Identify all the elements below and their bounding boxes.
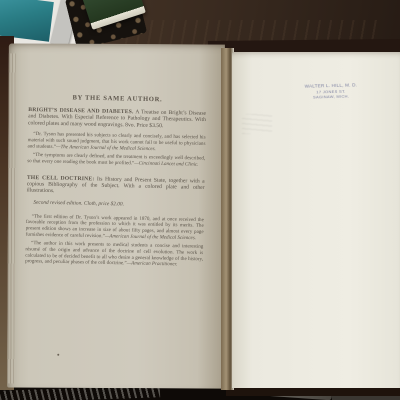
book2-listing: THE CELL DOCTRINE: Its History and Prese… — [27, 174, 205, 198]
right-page: WALTER L. HILL, M. D. 17 JONES ST. SAGIN… — [232, 52, 400, 388]
page-heading: BY THE SAME AUTHOR. — [28, 94, 206, 105]
page-edge-lines — [7, 53, 16, 383]
advertisement-text-block: BY THE SAME AUTHOR. BRIGHT’S DISEASE AND… — [25, 94, 206, 271]
book1-review-2-source: —Cincinnati Lancet and Clinic. — [134, 160, 198, 167]
book2-review-1: “The first edition of Dr. Tyson’s work a… — [26, 213, 204, 241]
book1-review-2: “The symptoms are clearly defined, and t… — [27, 152, 205, 168]
stamp-city: SAGINAW, MICH. — [296, 93, 366, 100]
book1-review-1: “Dr. Tyson has presented his subjects so… — [27, 131, 205, 153]
book2-review-2-source: —American Practitioner. — [127, 260, 178, 267]
book2-edition-line: Second revised edition. Cloth, price $2.… — [33, 199, 204, 209]
book2-review-2: “The author in this work presents to med… — [25, 240, 203, 268]
faint-showthrough-marks — [242, 114, 272, 134]
left-page: BY THE SAME AUTHOR. BRIGHT’S DISEASE AND… — [7, 43, 225, 388]
owner-stamp: WALTER L. HILL, M. D. 17 JONES ST. SAGIN… — [296, 82, 366, 100]
book2-review-1-source: —American Journal of the Medical Science… — [105, 233, 196, 241]
book1-review-1-source: —The American Journal of the Medical Sci… — [56, 144, 156, 152]
book1-listing: BRIGHT’S DISEASE AND DIABETES. A Treatis… — [28, 106, 206, 130]
paper-speck — [57, 354, 59, 356]
